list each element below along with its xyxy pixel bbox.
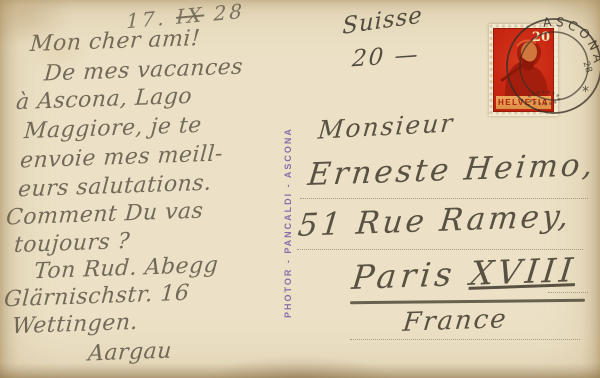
address-rule-4	[350, 339, 580, 340]
message-line-11: Wettingen.	[11, 310, 139, 339]
message-line-10: Glärnischstr. 16	[3, 281, 190, 313]
postmark-code: 28	[580, 60, 593, 74]
stamp-country-band: HELVETIA	[496, 96, 551, 109]
message-line-12: Aargau	[87, 338, 173, 366]
stamp-body: 20 HELVETIA	[493, 28, 554, 112]
message-line-3: à Ascona, Lago	[15, 84, 193, 115]
address-rule-2	[297, 249, 583, 250]
address-district: XVIII	[468, 250, 578, 293]
address-city: Paris	[350, 254, 472, 297]
address-rule-3	[548, 292, 588, 293]
date-year: 28	[213, 0, 245, 26]
postage-note-country: Suisse	[342, 2, 422, 40]
date-month: IX	[176, 2, 204, 29]
message-line-6: eurs salutations.	[17, 171, 212, 203]
postcard-back: 17. IX 28 Mon cher ami! De mes vacances …	[0, 0, 600, 378]
address-rule-1	[300, 198, 588, 199]
postage-note-value: 20 —	[351, 42, 420, 73]
address-name: Erneste Heimo,	[306, 147, 597, 193]
address-city-line: Paris XVIII	[350, 250, 579, 297]
message-line-5: envoie mes meill-	[19, 141, 224, 173]
address-street: 51 Rue Ramey,	[296, 198, 573, 244]
message-line-8: toujours ?	[13, 229, 131, 258]
address-country: France	[401, 304, 509, 338]
postage-stamp: 20 HELVETIA	[489, 24, 558, 116]
message-line-7: Comment Du vas	[5, 199, 204, 231]
postmark-star: *	[582, 84, 589, 100]
stamp-denomination: 20	[532, 30, 550, 45]
photographer-credit: PHOTOR - PANCALDI - ASCONA	[283, 110, 299, 318]
message-line-4: Maggiore, je te	[23, 113, 202, 144]
address-title: Monsieur	[317, 108, 456, 144]
message-line-9: Ton Rud. Abegg	[33, 253, 219, 285]
message-line-2: De mes vacances	[43, 54, 244, 86]
address-underline-heavy	[350, 299, 585, 304]
message-line-1: Mon cher ami!	[29, 26, 201, 57]
